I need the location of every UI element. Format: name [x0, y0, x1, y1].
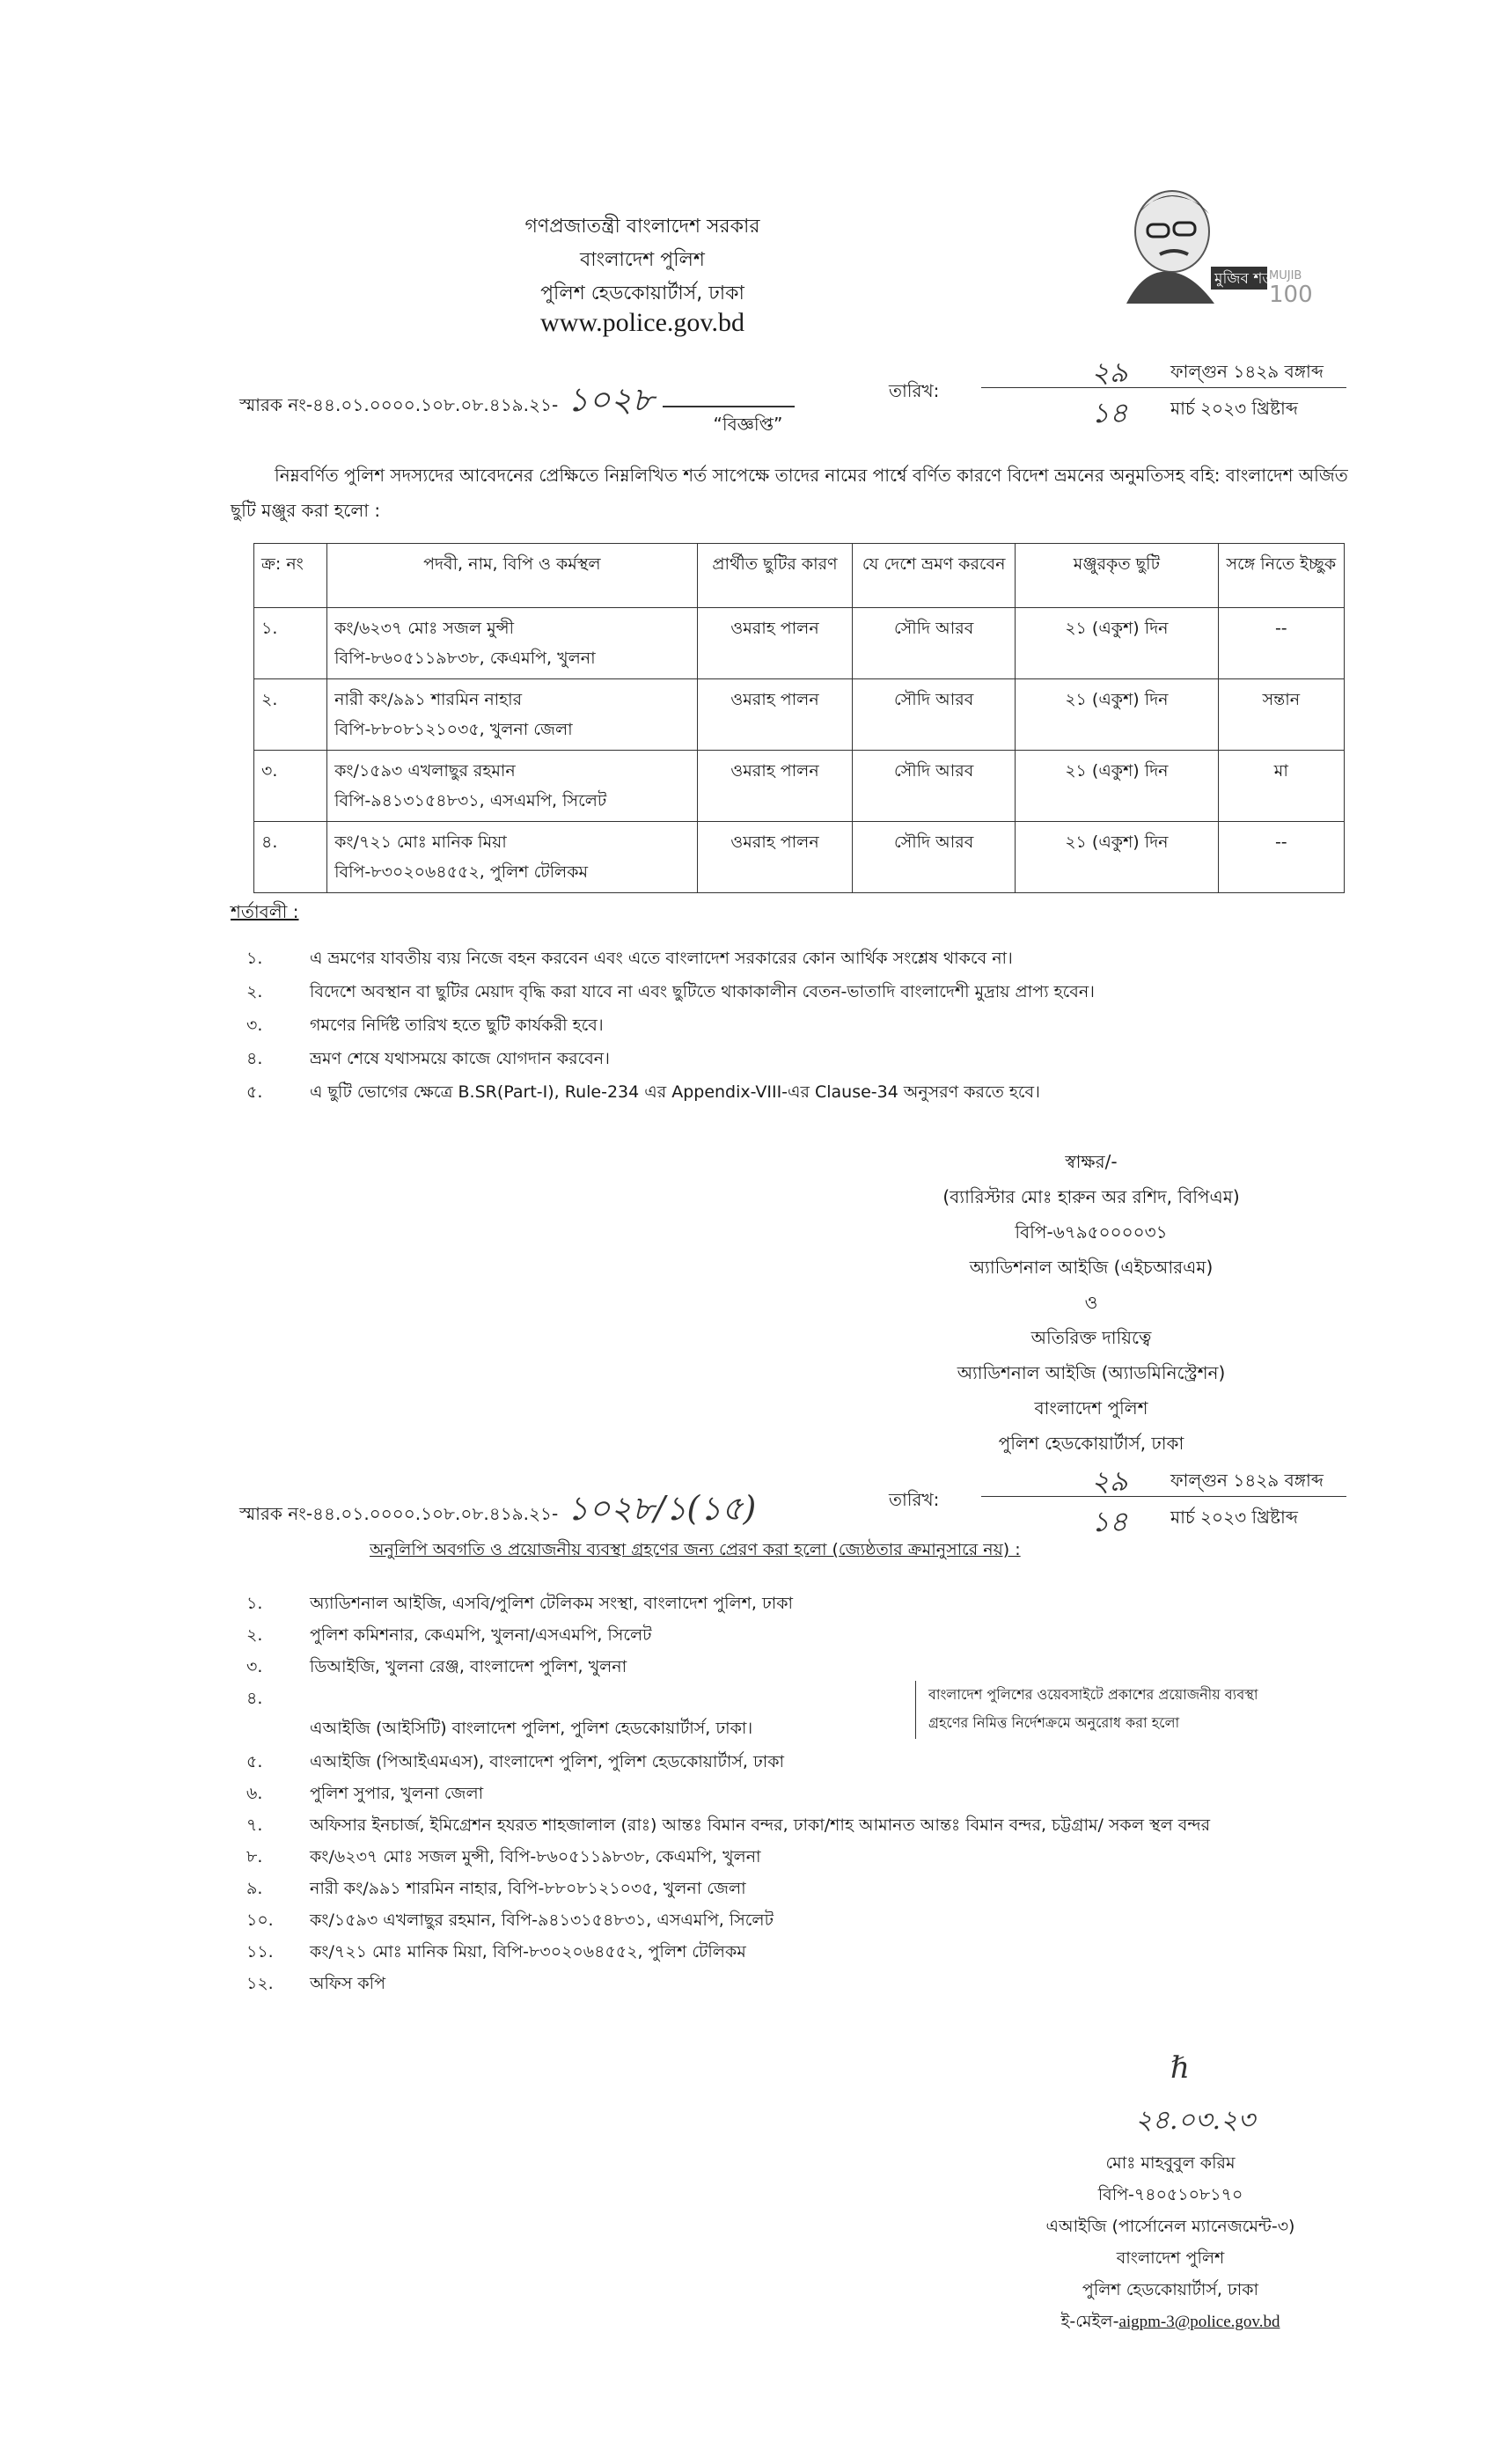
cell-country: সৌদি আরব	[853, 822, 1016, 893]
table-header-row: ক্র: নং পদবী, নাম, বিপি ও কর্মস্থল প্রার…	[254, 544, 1345, 608]
date-bangla: ফাল্গুন ১৪২৯ বঙ্গাব্দ	[1170, 1468, 1324, 1497]
header-office: পুলিশ হেডকোয়ার্টার্স, ঢাকা	[334, 278, 950, 311]
table-row: ১. কং/৬২৩৭ মোঃ সজল মুন্সীবিপি-৮৬০৫১১৯৮৩৮…	[254, 608, 1345, 679]
conditions-title: শর্তাবলী :	[231, 899, 299, 928]
cell-country: সৌদি আরব	[853, 679, 1016, 751]
signatory-and: ও	[845, 1285, 1338, 1320]
col-companion: সঙ্গে নিতে ইচ্ছুক	[1218, 544, 1344, 608]
signatory-additional: অতিরিক্ত দায়িত্বে	[845, 1320, 1338, 1355]
svg-text:MUJIB: MUJIB	[1269, 269, 1302, 282]
copy-recipient: ১১.কং/৭২১ মোঃ মানিক মিয়া, বিপি-৮৩০২০৬৪৫…	[246, 1940, 1210, 1971]
cell-companion: সন্তান	[1218, 679, 1344, 751]
cell-serial: ৪.	[254, 822, 327, 893]
table-row: ২. নারী কং/৯৯১ শারমিন নাহারবিপি-৮৮০৮১২১০…	[254, 679, 1345, 751]
cell-leave: ২১ (একুশ) দিন	[1016, 608, 1219, 679]
date-label: তারিখ:	[889, 1487, 939, 1516]
signatory-office: পুলিশ হেডকোয়ার্টার্স, ঢাকা	[977, 2274, 1364, 2306]
copy-recipient: ১.অ্যাডিশনাল আইজি, এসবি/পুলিশ টেলিকম সংস…	[246, 1591, 1210, 1623]
cell-name: নারী কং/৯৯১ শারমিন নাহারবিপি-৮৮০৮১২১০৩৫,…	[327, 679, 698, 751]
condition-item: ১.এ ভ্রমণের যাবতীয় ব্যয় নিজে বহন করবেন…	[246, 946, 1095, 979]
memo-date-2: তারিখ: ২৯ ফাল্গুন ১৪২৯ বঙ্গাব্দ ১৪ মার্চ…	[889, 1461, 1382, 1531]
cell-companion: --	[1218, 822, 1344, 893]
signature-date: ২৪.০৩.২৩	[1135, 2099, 1255, 2144]
table-row: ৪. কং/৭২১ মোঃ মানিক মিয়াবিপি-৮৩০২০৬৪৫৫২…	[254, 822, 1345, 893]
cell-serial: ২.	[254, 679, 327, 751]
cell-reason: ওমরাহ পালন	[697, 751, 853, 822]
col-country: যে দেশে ভ্রমণ করবেন	[853, 544, 1016, 608]
cell-companion: --	[1218, 608, 1344, 679]
email-link[interactable]: aigpm-3@police.gov.bd	[1118, 2313, 1280, 2331]
cell-name: কং/৬২৩৭ মোঃ সজল মুন্সীবিপি-৮৬০৫১১৯৮৩৮, ক…	[327, 608, 698, 679]
date-greg-day: ১৪	[1091, 1500, 1128, 1547]
notice-title: “বিজ্ঞপ্তি”	[0, 412, 1496, 441]
leave-table: ক্র: নং পদবী, নাম, বিপি ও কর্মস্থল প্রার…	[253, 543, 1345, 893]
cell-name: কং/১৫৯৩ এখলাছুর রহমানবিপি-৯৪১৩১৫৪৮৩১, এস…	[327, 751, 698, 822]
conditions-list: ১.এ ভ্রমণের যাবতীয় ব্যয় নিজে বহন করবেন…	[246, 946, 1095, 1113]
handwritten-signature: ℏ	[1170, 2050, 1190, 2086]
signatory-bp: বিপি-৭৪০৫১০৮১৭০	[977, 2179, 1364, 2211]
signatory-name: (ব্যারিস্টার মোঃ হারুন অর রশিদ, বিপিএম)	[845, 1179, 1338, 1214]
memo-ref-2: স্মারক নং-৪৪.০১.০০০০.১০৮.০৮.৪১৯.২১-১০২৮/…	[239, 1483, 756, 1539]
copies-list: ১.অ্যাডিশনাল আইজি, এসবি/পুলিশ টেলিকম সংস…	[246, 1591, 1210, 2003]
signatory-org: বাংলাদেশ পুলিশ	[845, 1390, 1338, 1426]
signatory-email: ই-মেইল-aigpm-3@police.gov.bd	[977, 2306, 1364, 2338]
condition-item: ৫.এ ছুটি ভোগের ক্ষেত্রে B.SR(Part-I), Ru…	[246, 1080, 1095, 1113]
cell-country: সৌদি আরব	[853, 608, 1016, 679]
date-gregorian: মার্চ ২০২৩ খ্রিষ্টাব্দ	[1170, 1505, 1298, 1534]
website-publish-note: বাংলাদেশ পুলিশের ওয়েবসাইটে প্রকাশের প্র…	[915, 1681, 1258, 1739]
copy-recipient: ৯.নারী কং/৯৯১ শারমিন নাহার, বিপি-৮৮০৮১২১…	[246, 1876, 1210, 1908]
condition-item: ৩.গমণের নির্দিষ্ট তারিখ হতে ছুটি কার্যকর…	[246, 1013, 1095, 1046]
memo-ref-handwritten: ১০২৮/১(১৫)	[567, 1489, 756, 1528]
copy-recipient: ৭.অফিসার ইনচার্জ, ইমিগ্রেশন হযরত শাহজালা…	[246, 1813, 1210, 1844]
copy-recipient: ৮.কং/৬২৩৭ মোঃ সজল মুন্সী, বিপি-৮৬০৫১১৯৮৩…	[246, 1844, 1210, 1876]
copy-recipient: ৬.পুলিশ সুপার, খুলনা জেলা	[246, 1781, 1210, 1813]
mujib-100-logo-icon: মুজিব শতবর্ষ MUJIB 100	[1118, 180, 1329, 312]
cell-leave: ২১ (একুশ) দিন	[1016, 822, 1219, 893]
copy-recipient: ১০.কং/১৫৯৩ এখলাছুর রহমান, বিপি-৯৪১৩১৫৪৮৩…	[246, 1908, 1210, 1940]
signatory-title: এআইজি (পার্সোনেল ম্যানেজমেন্ট-৩)	[977, 2211, 1364, 2242]
header-org: বাংলাদেশ পুলিশ	[334, 245, 950, 277]
copies-heading: অনুলিপি অবগতি ও প্রয়োজনীয় ব্যবস্থা গ্র…	[370, 1537, 1021, 1566]
signatory-1: স্বাক্ষর/- (ব্যারিস্টার মোঃ হারুন অর রশি…	[845, 1144, 1338, 1461]
cell-serial: ৩.	[254, 751, 327, 822]
cell-serial: ১.	[254, 608, 327, 679]
cell-leave: ২১ (একুশ) দিন	[1016, 679, 1219, 751]
condition-item: ২.বিদেশে অবস্থান বা ছুটির মেয়াদ বৃদ্ধি …	[246, 979, 1095, 1013]
copy-recipient: ২.পুলিশ কমিশনার, কেএমপি, খুলনা/এসএমপি, স…	[246, 1623, 1210, 1654]
col-leave: মঞ্জুরকৃত ছুটি	[1016, 544, 1219, 608]
col-reason: প্রার্থীত ছুটির কারণ	[697, 544, 853, 608]
signatory-org: বাংলাদেশ পুলিশ	[977, 2242, 1364, 2274]
signatory-title-1: অ্যাডিশনাল আইজি (এইচআরএম)	[845, 1250, 1338, 1285]
signatory-bp: বিপি-৬৭৯৫০০০০৩১	[845, 1214, 1338, 1250]
col-name: পদবী, নাম, বিপি ও কর্মস্থল	[327, 544, 698, 608]
header-website: www.police.gov.bd	[334, 308, 950, 338]
cell-country: সৌদি আরব	[853, 751, 1016, 822]
signatory-title-2: অ্যাডিশনাল আইজি (অ্যাডমিনিস্ট্রেশন)	[845, 1355, 1338, 1390]
signatory-2: মোঃ মাহবুবুল করিম বিপি-৭৪০৫১০৮১৭০ এআইজি …	[977, 2147, 1364, 2338]
cell-reason: ওমরাহ পালন	[697, 679, 853, 751]
memo-ref-prefix: স্মারক নং-৪৪.০১.০০০০.১০৮.০৮.৪১৯.২১-	[239, 1503, 558, 1524]
copy-recipient: ১২.অফিস কপি	[246, 1971, 1210, 2003]
col-serial: ক্র: নং	[254, 544, 327, 608]
svg-text:100: 100	[1269, 282, 1313, 308]
cell-name: কং/৭২১ মোঃ মানিক মিয়াবিপি-৮৩০২০৬৪৫৫২, প…	[327, 822, 698, 893]
cell-companion: মা	[1218, 751, 1344, 822]
date-label: তারিখ:	[889, 378, 939, 407]
copy-recipient: ৫.এআইজি (পিআইএমএস), বাংলাদেশ পুলিশ, পুলি…	[246, 1749, 1210, 1781]
cell-reason: ওমরাহ পালন	[697, 608, 853, 679]
signatory-office: পুলিশ হেডকোয়ার্টার্স, ঢাকা	[845, 1426, 1338, 1461]
signatory-name: মোঃ মাহবুবুল করিম	[977, 2147, 1364, 2179]
cell-reason: ওমরাহ পালন	[697, 822, 853, 893]
condition-item: ৪.ভ্রমণ শেষে যথাসময়ে কাজে যোগদান করবেন।	[246, 1046, 1095, 1080]
date-bangla: ফাল্গুন ১৪২৯ বঙ্গাব্দ	[1170, 359, 1324, 388]
intro-paragraph: নিম্নবর্ণিত পুলিশ সদস্যদের আবেদনের প্রেক…	[231, 458, 1366, 528]
signed-mark: স্বাক্ষর/-	[845, 1144, 1338, 1179]
header-govt: গণপ্রজাতন্ত্রী বাংলাদেশ সরকার	[334, 211, 950, 244]
table-row: ৩. কং/১৫৯৩ এখলাছুর রহমানবিপি-৯৪১৩১৫৪৮৩১,…	[254, 751, 1345, 822]
cell-leave: ২১ (একুশ) দিন	[1016, 751, 1219, 822]
